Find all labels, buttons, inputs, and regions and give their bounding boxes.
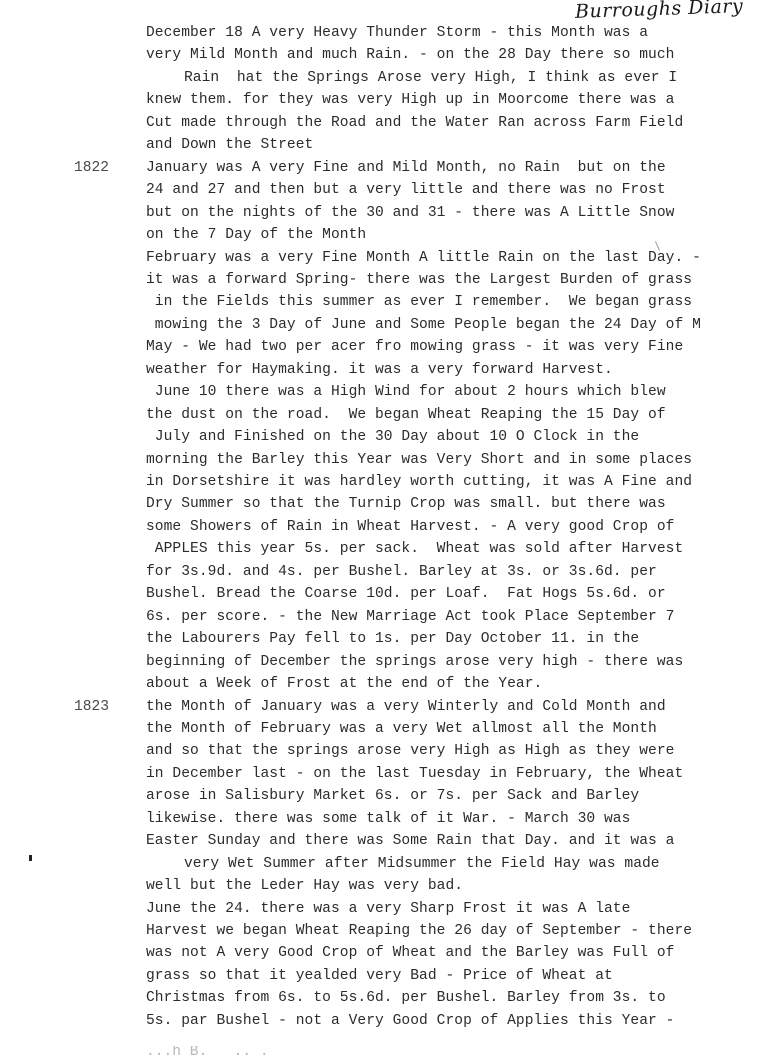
diary-line: about a Week of Frost at the end of the … [146,675,542,693]
margin-ink-dot [29,855,32,861]
handwritten-title: Burroughs Diary [575,0,744,23]
diary-line: June 10 there was a High Wind for about … [146,383,666,401]
diary-line: 5s. par Bushel - not a Very Good Crop of… [146,1012,674,1030]
diary-line: the dust on the road. We began Wheat Rea… [146,406,666,424]
diary-line: July and Finished on the 30 Day about 10… [146,428,639,446]
diary-line: APPLES this year 5s. per sack. Wheat was… [146,540,683,558]
diary-line: May - We had two per acer fro mowing gra… [146,338,683,356]
diary-line: in December last - on the last Tuesday i… [146,765,683,783]
diary-line: the Labourers Pay fell to 1s. per Day Oc… [146,630,639,648]
diary-line: knew them. for they was very High up in … [146,91,674,109]
year-label: 1822 [74,159,109,177]
year-label: 1823 [74,698,109,716]
diary-line: beginning of December the springs arose … [146,653,683,671]
diary-line: but on the nights of the 30 and 31 - the… [146,204,674,222]
diary-line: the Month of February was a very Wet all… [146,720,657,738]
diary-line: the Month of January was a very Winterly… [146,698,666,716]
diary-line: in Dorsetshire it was hardley worth cutt… [146,473,692,491]
cut-off-line: ...h B. .. . [146,1046,269,1058]
diary-line: on the 7 Day of the Month [146,226,366,244]
diary-line: Harvest we began Wheat Reaping the 26 da… [146,922,692,940]
diary-line: in the Fields this summer as ever I reme… [146,293,692,311]
diary-line: grass so that it yealded very Bad - Pric… [146,967,613,985]
diary-page: Burroughs Diary December 18 A very Heavy… [0,0,770,1060]
diary-line: and Down the Street [146,136,313,154]
diary-line: arose in Salisbury Market 6s. or 7s. per… [146,787,639,805]
diary-line: very Mild Month and much Rain. - on the … [146,46,674,64]
diary-line: Dry Summer so that the Turnip Crop was s… [146,495,666,513]
diary-line: weather for Haymaking. it was a very for… [146,361,613,379]
diary-line: and so that the springs arose very High … [146,742,674,760]
diary-line: some Showers of Rain in Wheat Harvest. -… [146,518,674,536]
diary-line: well but the Leder Hay was very bad. [146,877,463,895]
diary-line: February was a very Fine Month A little … [146,249,701,267]
diary-line: for 3s.9d. and 4s. per Bushel. Barley at… [146,563,657,581]
diary-line: January was A very Fine and Mild Month, … [146,159,666,177]
diary-line: likewise. there was some talk of it War.… [146,810,630,828]
diary-line: 6s. per score. - the New Marriage Act to… [146,608,674,626]
diary-line: morning the Barley this Year was Very Sh… [146,451,692,469]
diary-line: Christmas from 6s. to 5s.6d. per Bushel.… [146,989,666,1007]
diary-line: Cut made through the Road and the Water … [146,114,683,132]
diary-line: was not A very Good Crop of Wheat and th… [146,944,674,962]
diary-line: Rain hat the Springs Arose very High, I … [184,69,677,87]
diary-line: mowing the 3 Day of June and Some People… [146,316,701,334]
diary-line: very Wet Summer after Midsummer the Fiel… [184,855,660,873]
diary-line: Easter Sunday and there was Some Rain th… [146,832,674,850]
diary-line: it was a forward Spring- there was the L… [146,271,692,289]
diary-line: 24 and 27 and then but a very little and… [146,181,666,199]
diary-line: December 18 A very Heavy Thunder Storm -… [146,24,648,42]
diary-line: June the 24. there was a very Sharp Fros… [146,900,630,918]
diary-line: Bushel. Bread the Coarse 10d. per Loaf. … [146,585,666,603]
